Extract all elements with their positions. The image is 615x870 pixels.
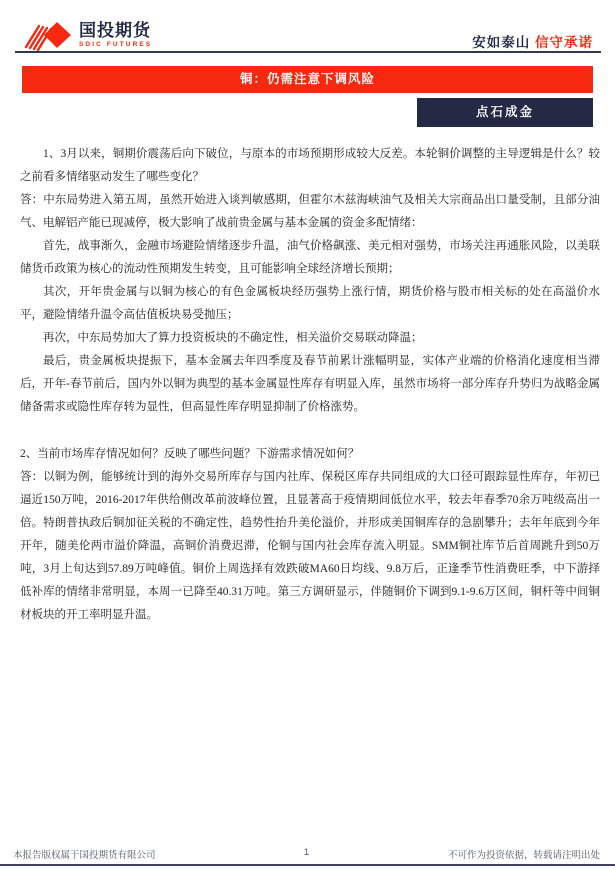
footer-divider xyxy=(0,864,615,866)
answer-1-point-1: 首先，战事渐久，金融市场避险情绪逐步升温，油气价格飙涨、美元相对强势，市场关注再… xyxy=(20,235,600,281)
brand-name-cn: 国投期货 xyxy=(79,22,152,39)
answer-2: 答：以铜为例，能够统计到的海外交易所库存与国内社库、保税区库存共同组成的大口径可… xyxy=(20,466,600,627)
sdic-logo-icon xyxy=(24,18,72,52)
answer-1: 答：中东局势进入第五周，虽然开始进入谈判敏感期，但霍尔木兹海峡油气及相关大宗商品… xyxy=(20,189,600,235)
page-footer: 本报告版权属于国投期货有限公司 1 不可作为投资依据，转载请注明出处 xyxy=(13,847,600,861)
brand-name-en: SDIC FUTURES xyxy=(79,42,152,49)
report-body: 1、3月以来，铜期价震荡后向下破位，与原本的市场预期形成较大反差。本轮铜价调整的… xyxy=(20,143,600,627)
company-logo: 国投期货 SDIC FUTURES xyxy=(24,18,152,52)
footer-disclaimer: 不可作为投资依据，转载请注明出处 xyxy=(448,847,600,861)
slogan-right: 信守承诺 xyxy=(535,35,593,50)
question-2: 2、当前市场库存情况如何？反映了哪些问题？下游需求情况如何？ xyxy=(20,443,600,466)
answer-1-point-3: 再次，中东局势加大了算力投资板块的不确定性，相关溢价交易联动降温； xyxy=(20,327,600,350)
answer-1-point-2: 其次，开年贵金属与以铜为核心的有色金属板块经历强势上涨行情，期货价格与股市相关标… xyxy=(20,281,600,327)
brand-text: 国投期货 SDIC FUTURES xyxy=(79,22,152,49)
company-slogan: 安如泰山 信守承诺 xyxy=(472,31,593,51)
header-divider xyxy=(15,51,601,53)
answer-1-point-4: 最后，贵金属板块提振下，基本金属去年四季度及春节前累计涨幅明显，实体产业端的价格… xyxy=(20,350,600,419)
report-title-banner: 铜：仍需注意下调风险 xyxy=(22,66,593,93)
slogan-left: 安如泰山 xyxy=(472,35,530,50)
series-badge: 点石成金 xyxy=(417,98,593,127)
report-page: 国投期货 SDIC FUTURES 安如泰山 信守承诺 铜：仍需注意下调风险 点… xyxy=(0,0,615,870)
question-1: 1、3月以来，铜期价震荡后向下破位，与原本的市场预期形成较大反差。本轮铜价调整的… xyxy=(20,143,600,189)
